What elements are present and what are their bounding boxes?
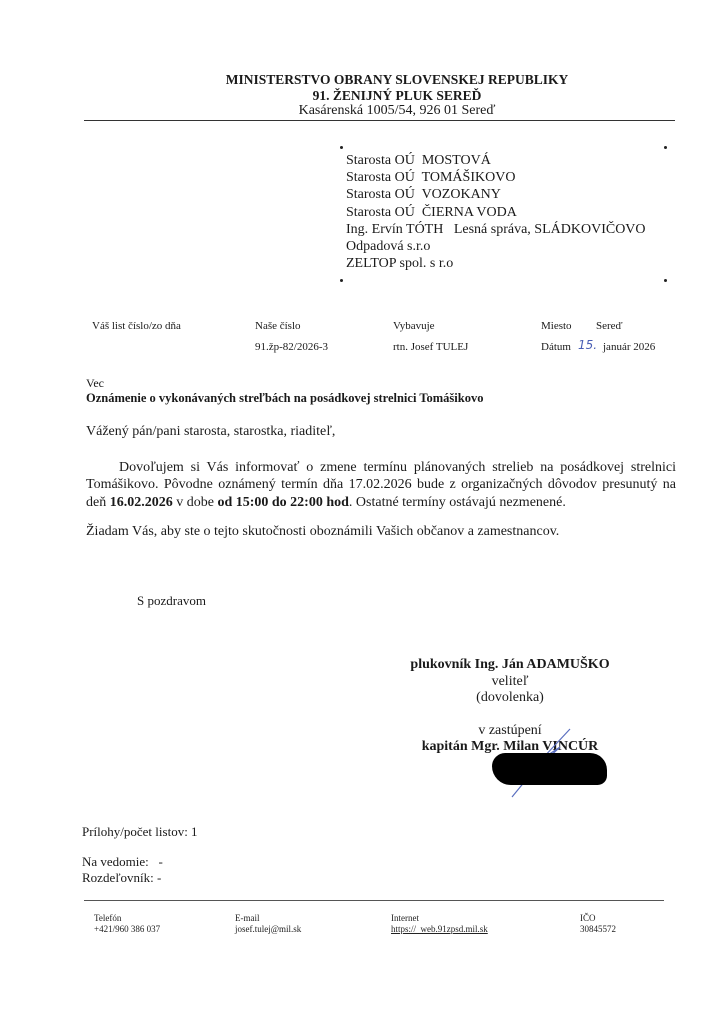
greeting: Vážený pán/pani starosta, starostka, ria… [86,424,335,440]
footer-phone: Telefón +421/960 386 037 [94,913,160,935]
corner-mark-icon [664,146,667,149]
corner-mark-icon [664,279,667,282]
handled-by-label: Vybavuje [393,320,435,332]
handwritten-day: 15. [578,338,597,352]
recipient: Starosta OÚ TOMÁŠIKOVO [346,169,646,186]
our-number-label: Naše číslo [255,320,301,332]
footer-divider [84,900,664,901]
date-label: Dátum [541,341,571,353]
recipient: Starosta OÚ ČIERNA VODA [346,204,646,221]
footer-ico: IČO 30845572 [580,913,616,935]
your-letter-label: Váš list číslo/zo dňa [92,320,181,332]
recipient: ZELTOP spol. s r.o [346,255,646,272]
footer-email: E-mail josef.tulej@mil.sk [235,913,301,935]
commander-note: (dovolenka) [380,690,640,706]
place-value: Sereď [596,320,623,332]
recipient: Odpadová s.r.o [346,238,646,255]
phone-number: +421/960 386 037 [94,924,160,935]
footer-internet: Internet https:// web.91zpsd.mil.sk [391,913,488,935]
recipient: Ing. Ervín TÓTH Lesná správa, SLÁDKOVIČO… [346,221,646,238]
email-address[interactable]: josef.tulej@mil.sk [235,924,301,935]
new-date: 16.02.2026 [110,495,173,510]
redacted-signature [492,753,607,785]
distribution-line: Rozdeľovník: - [82,870,161,886]
unit-address: Kasárenská 1005/54, 926 01 Sereď [35,103,724,119]
website-link[interactable]: https:// web.91zpsd.mil.sk [391,924,488,935]
recipient: Starosta OÚ VOZOKANY [346,186,646,203]
corner-mark-icon [340,146,343,149]
time-range: od 15:00 do 22:00 hod [217,495,348,510]
request-paragraph: Žiadam Vás, aby ste o tejto skutočnosti … [86,524,559,540]
unit-name: 91. ŽENIJNÝ PLUK SEREĎ [35,88,724,104]
ico-number: 30845572 [580,924,616,935]
handled-by-value: rtn. Josef TULEJ [393,341,468,353]
header-divider [84,120,675,121]
main-paragraph: Dovoľujem si Vás informovať o zmene term… [86,459,676,511]
subject-label: Vec [86,376,104,391]
our-number-value: 91.žp-82/2026-3 [255,341,328,353]
commander-role: veliteľ [380,674,640,690]
date-value: január 2026 [603,341,655,353]
attachments-line: Prílohy/počet listov: 1 [82,824,198,840]
place-label: Miesto [541,320,572,332]
subject: Oznámenie o vykonávaných streľbách na po… [86,391,483,406]
corner-mark-icon [340,279,343,282]
recipient: Starosta OÚ MOSTOVÁ [346,152,646,169]
commander-name: plukovník Ing. Ján ADAMUŠKO [380,657,640,673]
cc-line: Na vedomie: - [82,854,163,870]
closing: S pozdravom [137,593,206,609]
recipient-list: Starosta OÚ MOSTOVÁ Starosta OÚ TOMÁŠIKO… [346,152,646,272]
ministry-name: MINISTERSTVO OBRANY SLOVENSKEJ REPUBLIKY [35,72,724,88]
